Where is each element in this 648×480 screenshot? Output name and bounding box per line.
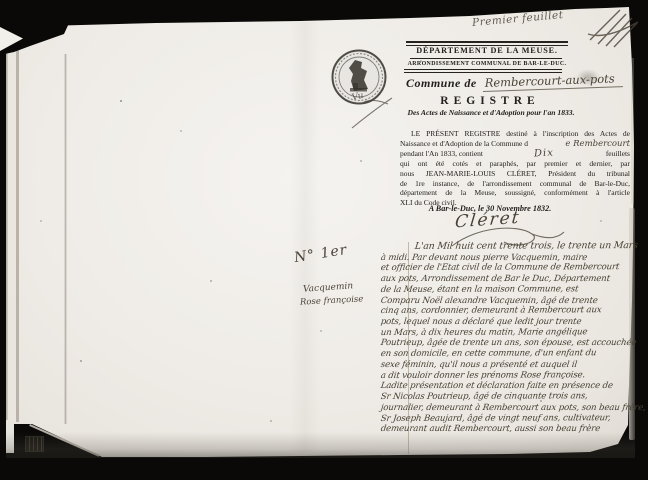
- arrondissement-title: ARRONDISSEMENT COMMUNAL DE BAR-LE-DUC.: [404, 61, 570, 67]
- registre-title: REGISTRE: [400, 95, 580, 107]
- birth-act-body: L'an Mil huit cent trente trois, le tren…: [380, 242, 632, 435]
- act-line: a dit vouloir donner les prénoms Rose fr…: [380, 370, 633, 382]
- gutter-shadow: [290, 22, 320, 452]
- department-title: DÉPARTEMENT DE LA MEUSE.: [404, 46, 570, 55]
- act-line: en son domicile, en cette commune, d'un …: [380, 348, 633, 360]
- registre-subtitle: Des Actes de Naissance et d'Adoption pou…: [396, 108, 586, 117]
- preamble-line: département de la Meuse, soussigné, conf…: [400, 188, 630, 198]
- preamble-print-fragment: Naissance et d'Adoption de la Commune d: [400, 139, 528, 149]
- commune-label: Commune de: [406, 76, 477, 91]
- scanned-register-page: Premier feuillet Vu DÉPARTEMENT DE LA ME…: [0, 0, 648, 480]
- paraph-mark-icon: [586, 4, 644, 50]
- feuillets-count-handwritten: Dix: [534, 149, 554, 160]
- vu-flourish-icon: [348, 96, 402, 130]
- preamble-block: LE PRÉSENT REGISTRE destiné à l'inscript…: [400, 129, 630, 208]
- commune-line: Commune de Rembercourt-aux-pots: [406, 76, 636, 92]
- header-rule: [404, 69, 562, 70]
- act-line: Sr Nicolas Poutrieup, âgé de cinquante t…: [380, 391, 633, 403]
- act-line: de la Meuse, étant en la maison Commune,…: [380, 284, 633, 296]
- preamble-print-fragment: pendant l'An 1833, contient: [400, 149, 483, 159]
- header-rule: [410, 58, 562, 59]
- act-line: sexe féminin, qu'il nous a présenté et a…: [380, 360, 633, 371]
- preamble-print-fragment: feuillets: [606, 149, 630, 159]
- act-line: et officier de l'Etat civil de la Commun…: [380, 263, 633, 275]
- act-line: un Mars, à dix heures du matin, Marie an…: [380, 327, 633, 339]
- preamble-line: pendant l'An 1833, contient Dix feuillet…: [400, 149, 630, 159]
- act-line: Sr Joseph Beaujard, âgé de vingt neuf an…: [380, 413, 633, 425]
- act-line: pots, lequel nous a déclaré que ledit jo…: [380, 317, 633, 328]
- act-line: demeurant audit Rembercourt, aussi son b…: [380, 424, 633, 435]
- preamble-line: de 1re instance, de l'arrondissement com…: [400, 179, 630, 189]
- header-rule-thin: [404, 72, 562, 73]
- book-left-edge: [6, 26, 22, 422]
- preamble-line: qui ont été cotés et paraphés, par premi…: [400, 159, 630, 169]
- preamble-line: nous JEAN-MARIE-LOUIS CLÉRET, Président …: [400, 169, 630, 179]
- act-line: journalier, demeurant à Rembercourt aux …: [380, 403, 633, 414]
- preamble-line: Naissance et d'Adoption de la Commune d …: [400, 139, 630, 150]
- commune-insert-handwritten: e Rembercourt: [565, 140, 630, 150]
- preamble-line: LE PRÉSENT REGISTRE destiné à l'inscript…: [400, 129, 630, 139]
- header-rule: [406, 41, 568, 43]
- paper-specks: [120, 100, 122, 102]
- act-line: L'an Mil huit cent trente trois, le tren…: [380, 241, 633, 253]
- page-crease: [64, 54, 67, 424]
- act-line: cinq ans, cordonnier, demeurant à Rember…: [380, 305, 633, 317]
- bottom-scan-shadow: [6, 432, 635, 458]
